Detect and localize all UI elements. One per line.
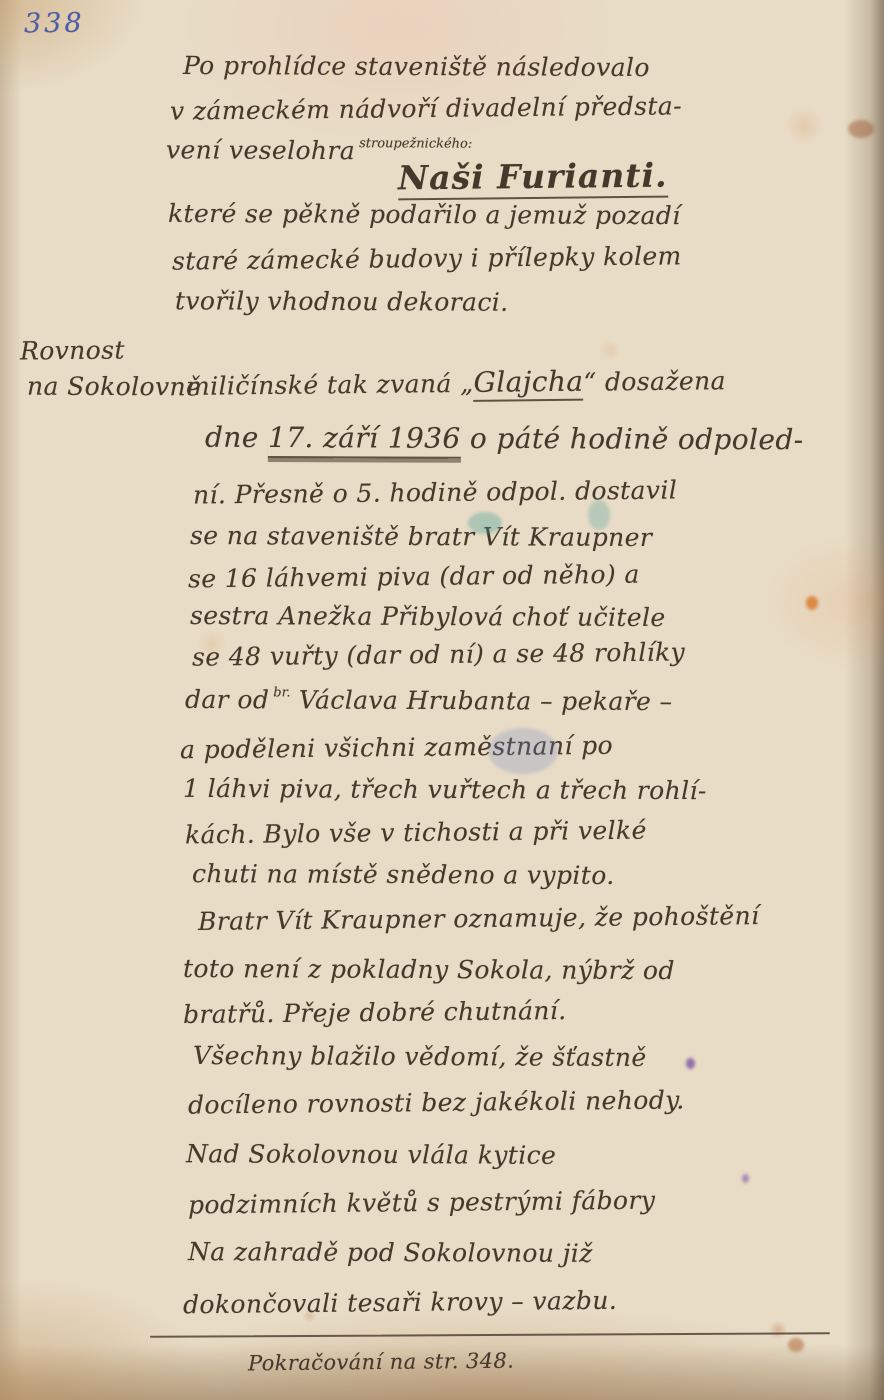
continuation-note: Pokračování na str. 348.	[248, 1349, 515, 1376]
brown-stain	[848, 120, 874, 138]
date-prefix: dne	[205, 421, 268, 454]
teal-ink-stain	[588, 500, 610, 530]
body-line: se 16 láhvemi piva (dar od něho) a	[188, 560, 640, 594]
purple-spot	[742, 1174, 749, 1183]
page-number: 338	[24, 8, 85, 40]
orange-spot	[806, 596, 818, 610]
intro-line-1: Po prohlídce staveniště následovalo	[183, 51, 650, 82]
glajcha-line: miličínské tak zvaná „Glajcha“ dosažena	[186, 363, 726, 402]
blue-ink-stain	[488, 728, 558, 774]
body-line: se na staveniště bratr Vít Kraupner	[190, 521, 652, 552]
margin-note-line-2: na Sokolovně	[27, 372, 201, 402]
teal-ink-stain	[468, 512, 502, 534]
margin-note-line-1: Rovnost	[20, 335, 125, 365]
body-line: toto není z pokladny Sokola, nýbrž od	[183, 954, 675, 985]
date-underlined: 17. září 1936	[268, 421, 461, 459]
body-line: sestra Anežka Přibylová choť učitele	[190, 601, 666, 632]
brother-abbreviation: br.	[273, 685, 290, 700]
date-suffix: o páté hodině odpoled-	[461, 422, 804, 456]
body-line-hrubant: dar odbr. Václava Hrubanta – pekaře –	[185, 685, 673, 716]
body-line: bratřů. Přeje dobré chutnání.	[183, 996, 567, 1029]
hrubant-prefix: dar od	[185, 685, 269, 714]
hrubant-suffix: Václava Hrubanta – pekaře –	[299, 685, 673, 716]
body-line: 1 láhvi piva, třech vuřtech a třech rohl…	[183, 774, 707, 805]
body-line: kách. Bylo vše v tichosti a při velké	[185, 816, 647, 850]
intro-line-2: v zámeckém nádvoří divadelní předsta-	[170, 91, 682, 125]
after-title-line-3: tvořily vhodnou dekoraci.	[175, 286, 509, 316]
body-line: docíleno rovnosti bez jakékoli nehody.	[188, 1085, 685, 1119]
purple-spot	[686, 1058, 695, 1069]
body-line: Bratr Vít Kraupner oznamuje, že pohoštěn…	[198, 901, 760, 936]
brown-stain	[788, 1338, 804, 1352]
body-line: dokončovali tesaři krovy – vazbu.	[183, 1286, 617, 1320]
interlinear-insertion: stroupežnického:	[359, 136, 472, 151]
play-title: Naši Furianti.	[398, 156, 668, 198]
body-line: Na zahradě pod Sokolovnou již	[188, 1237, 593, 1268]
play-title-text: Naši Furianti.	[398, 156, 668, 201]
body-line: Nad Sokolovnou vlála kytice	[186, 1139, 556, 1170]
body-line: se 48 vuřty (dar od ní) a se 48 rohlíky	[192, 637, 685, 671]
glajcha-underlined: Glajcha	[473, 365, 583, 402]
body-line: chuti na místě snědeno a vypito.	[192, 859, 615, 890]
intro-line-3-text: vení veselohra	[166, 135, 355, 165]
glajcha-prefix: miličínské tak zvaná „	[186, 369, 474, 401]
manuscript-page: 338 Po prohlídce staveniště následovalo …	[0, 0, 884, 1400]
after-title-line-2: staré zámecké budovy i přílepky kolem	[172, 241, 682, 275]
body-line: podzimních květů s pestrými fábory	[188, 1186, 656, 1220]
after-title-line-1: které se pěkně podařilo a jemuž pozadí	[168, 199, 681, 230]
body-line: Všechny blažilo vědomí, že šťastně	[193, 1041, 647, 1072]
glajcha-suffix: “ dosažena	[583, 366, 726, 396]
date-line: dne 17. září 1936 o páté hodině odpoled-	[205, 421, 804, 457]
closing-rule	[150, 1332, 830, 1338]
